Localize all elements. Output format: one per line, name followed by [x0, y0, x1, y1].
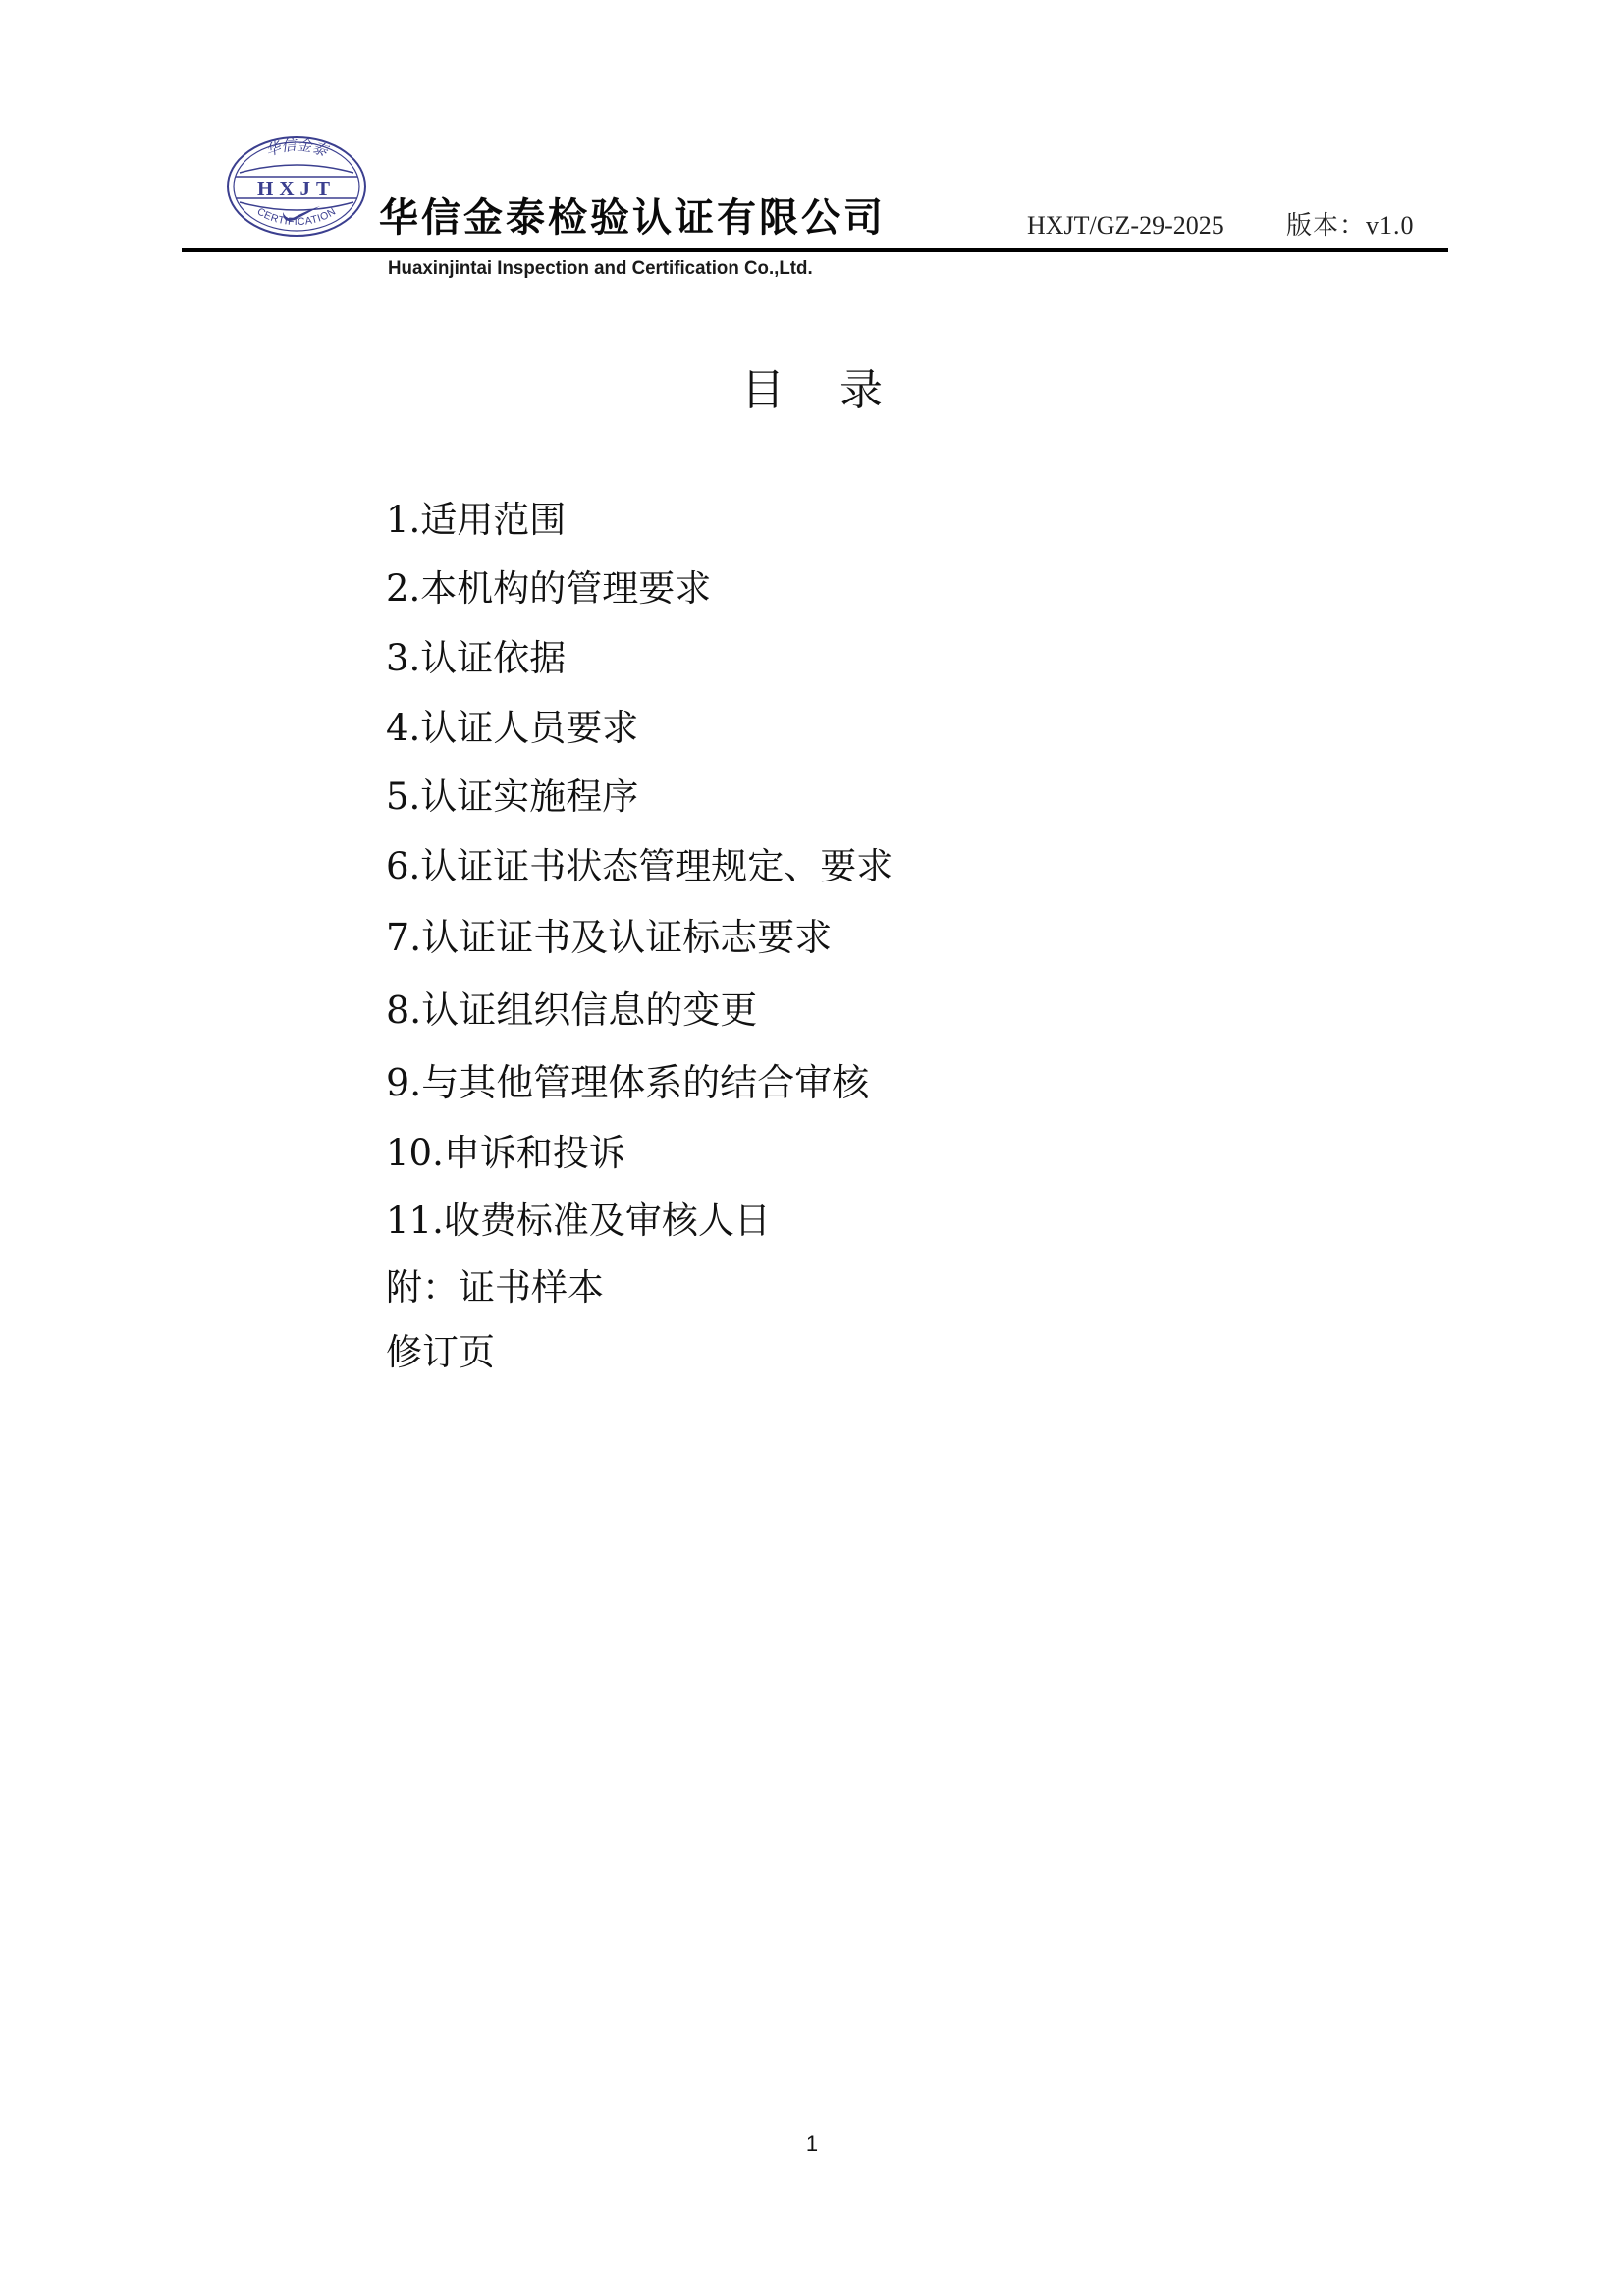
company-name-cn: 华信金泰检验认证有限公司	[379, 194, 886, 241]
company-name-en: Huaxinjintai Inspection and Certificatio…	[388, 255, 813, 281]
title-char: 目	[741, 363, 785, 418]
document-page: 华信金泰 HXJT CERTIFICATION 华信金泰检验认证有限公司 HXJ…	[0, 0, 1624, 2296]
svg-text:HXJT: HXJT	[257, 177, 336, 200]
hxjt-logo: 华信金泰 HXJT CERTIFICATION	[226, 135, 367, 238]
toc-item[interactable]: 3.认证依据	[386, 637, 566, 680]
document-version: 版本：v1.0	[1286, 210, 1415, 241]
toc-item[interactable]: 修订页	[386, 1331, 495, 1374]
document-code: HXJT/GZ-29-2025	[1027, 210, 1224, 241]
toc-item[interactable]: 1.适用范围	[386, 499, 566, 542]
page-title: 目录	[0, 363, 1624, 418]
toc-item[interactable]: 4.认证人员要求	[386, 707, 638, 750]
toc-item[interactable]: 附：证书样本	[386, 1266, 604, 1309]
page-number: 1	[0, 2130, 1624, 2158]
title-char: 录	[839, 363, 883, 418]
toc-item[interactable]: 10.申诉和投诉	[386, 1132, 625, 1175]
toc-item[interactable]: 9.与其他管理体系的结合审核	[386, 1061, 869, 1104]
toc-item[interactable]: 11.收费标准及审核人日	[386, 1200, 771, 1243]
certification-seal-icon: 华信金泰 HXJT CERTIFICATION	[226, 135, 367, 238]
toc-item[interactable]: 2.本机构的管理要求	[386, 567, 711, 611]
svg-text:CERTIFICATION: CERTIFICATION	[255, 205, 339, 228]
toc-item[interactable]: 6.认证证书状态管理规定、要求	[386, 845, 893, 888]
toc-item[interactable]: 5.认证实施程序	[386, 775, 638, 819]
toc-item[interactable]: 7.认证证书及认证标志要求	[386, 916, 832, 959]
toc-item[interactable]: 8.认证组织信息的变更	[386, 988, 757, 1032]
header-divider	[182, 248, 1448, 252]
